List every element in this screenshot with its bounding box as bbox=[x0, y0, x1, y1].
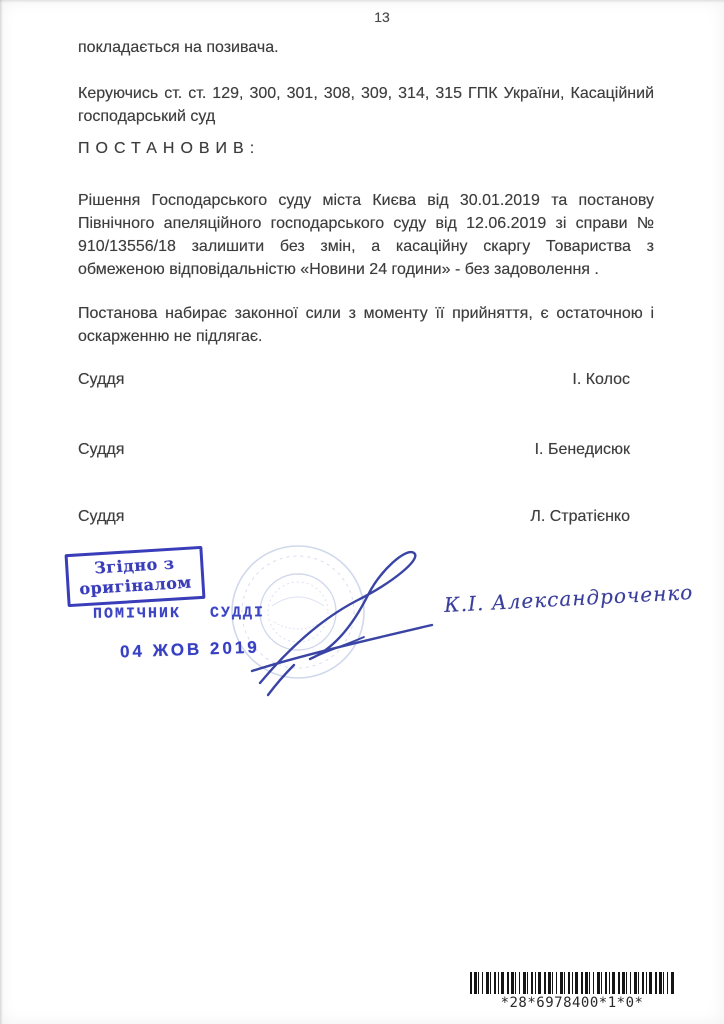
judge-label: Суддя bbox=[78, 368, 124, 391]
handwritten-name: К.І. Александроченко bbox=[444, 579, 715, 617]
paragraph-resolution: Рішення Господарського суду міста Києва … bbox=[78, 189, 654, 281]
certified-copy-stamp: Згідно з оригіналом bbox=[65, 546, 206, 607]
paragraph-opening: покладається на позивача. bbox=[78, 36, 654, 59]
barcode-bars-icon bbox=[470, 972, 674, 994]
judge-label: Суддя bbox=[78, 505, 124, 528]
judge-label: Суддя bbox=[78, 438, 124, 461]
document-page: 13 покладається на позивача. Керуючись с… bbox=[0, 0, 724, 1024]
paragraph-finality: Постанова набирає законної сили з момент… bbox=[78, 302, 654, 348]
paragraph-legal-basis: Керуючись ст. ст. 129, 300, 301, 308, 30… bbox=[78, 82, 654, 128]
assistant-role-stamp: ПОМІЧНИК СУДДІ bbox=[93, 604, 265, 623]
judge-row: Суддя І. Бенедисюк bbox=[78, 438, 630, 461]
barcode-text: *28*6978400*1*0* bbox=[470, 995, 674, 1011]
page-number: 13 bbox=[0, 6, 724, 29]
judge-name: І. Бенедисюк bbox=[535, 438, 630, 461]
judge-name: Л. Стратієнко bbox=[530, 505, 630, 528]
resolved-heading: ПОСТАНОВИВ: bbox=[78, 140, 260, 158]
judge-row: Суддя І. Колос bbox=[78, 368, 630, 391]
judge-row: Суддя Л. Стратієнко bbox=[78, 505, 630, 528]
barcode: *28*6978400*1*0* bbox=[470, 972, 674, 1011]
judge-name: І. Колос bbox=[572, 368, 630, 391]
